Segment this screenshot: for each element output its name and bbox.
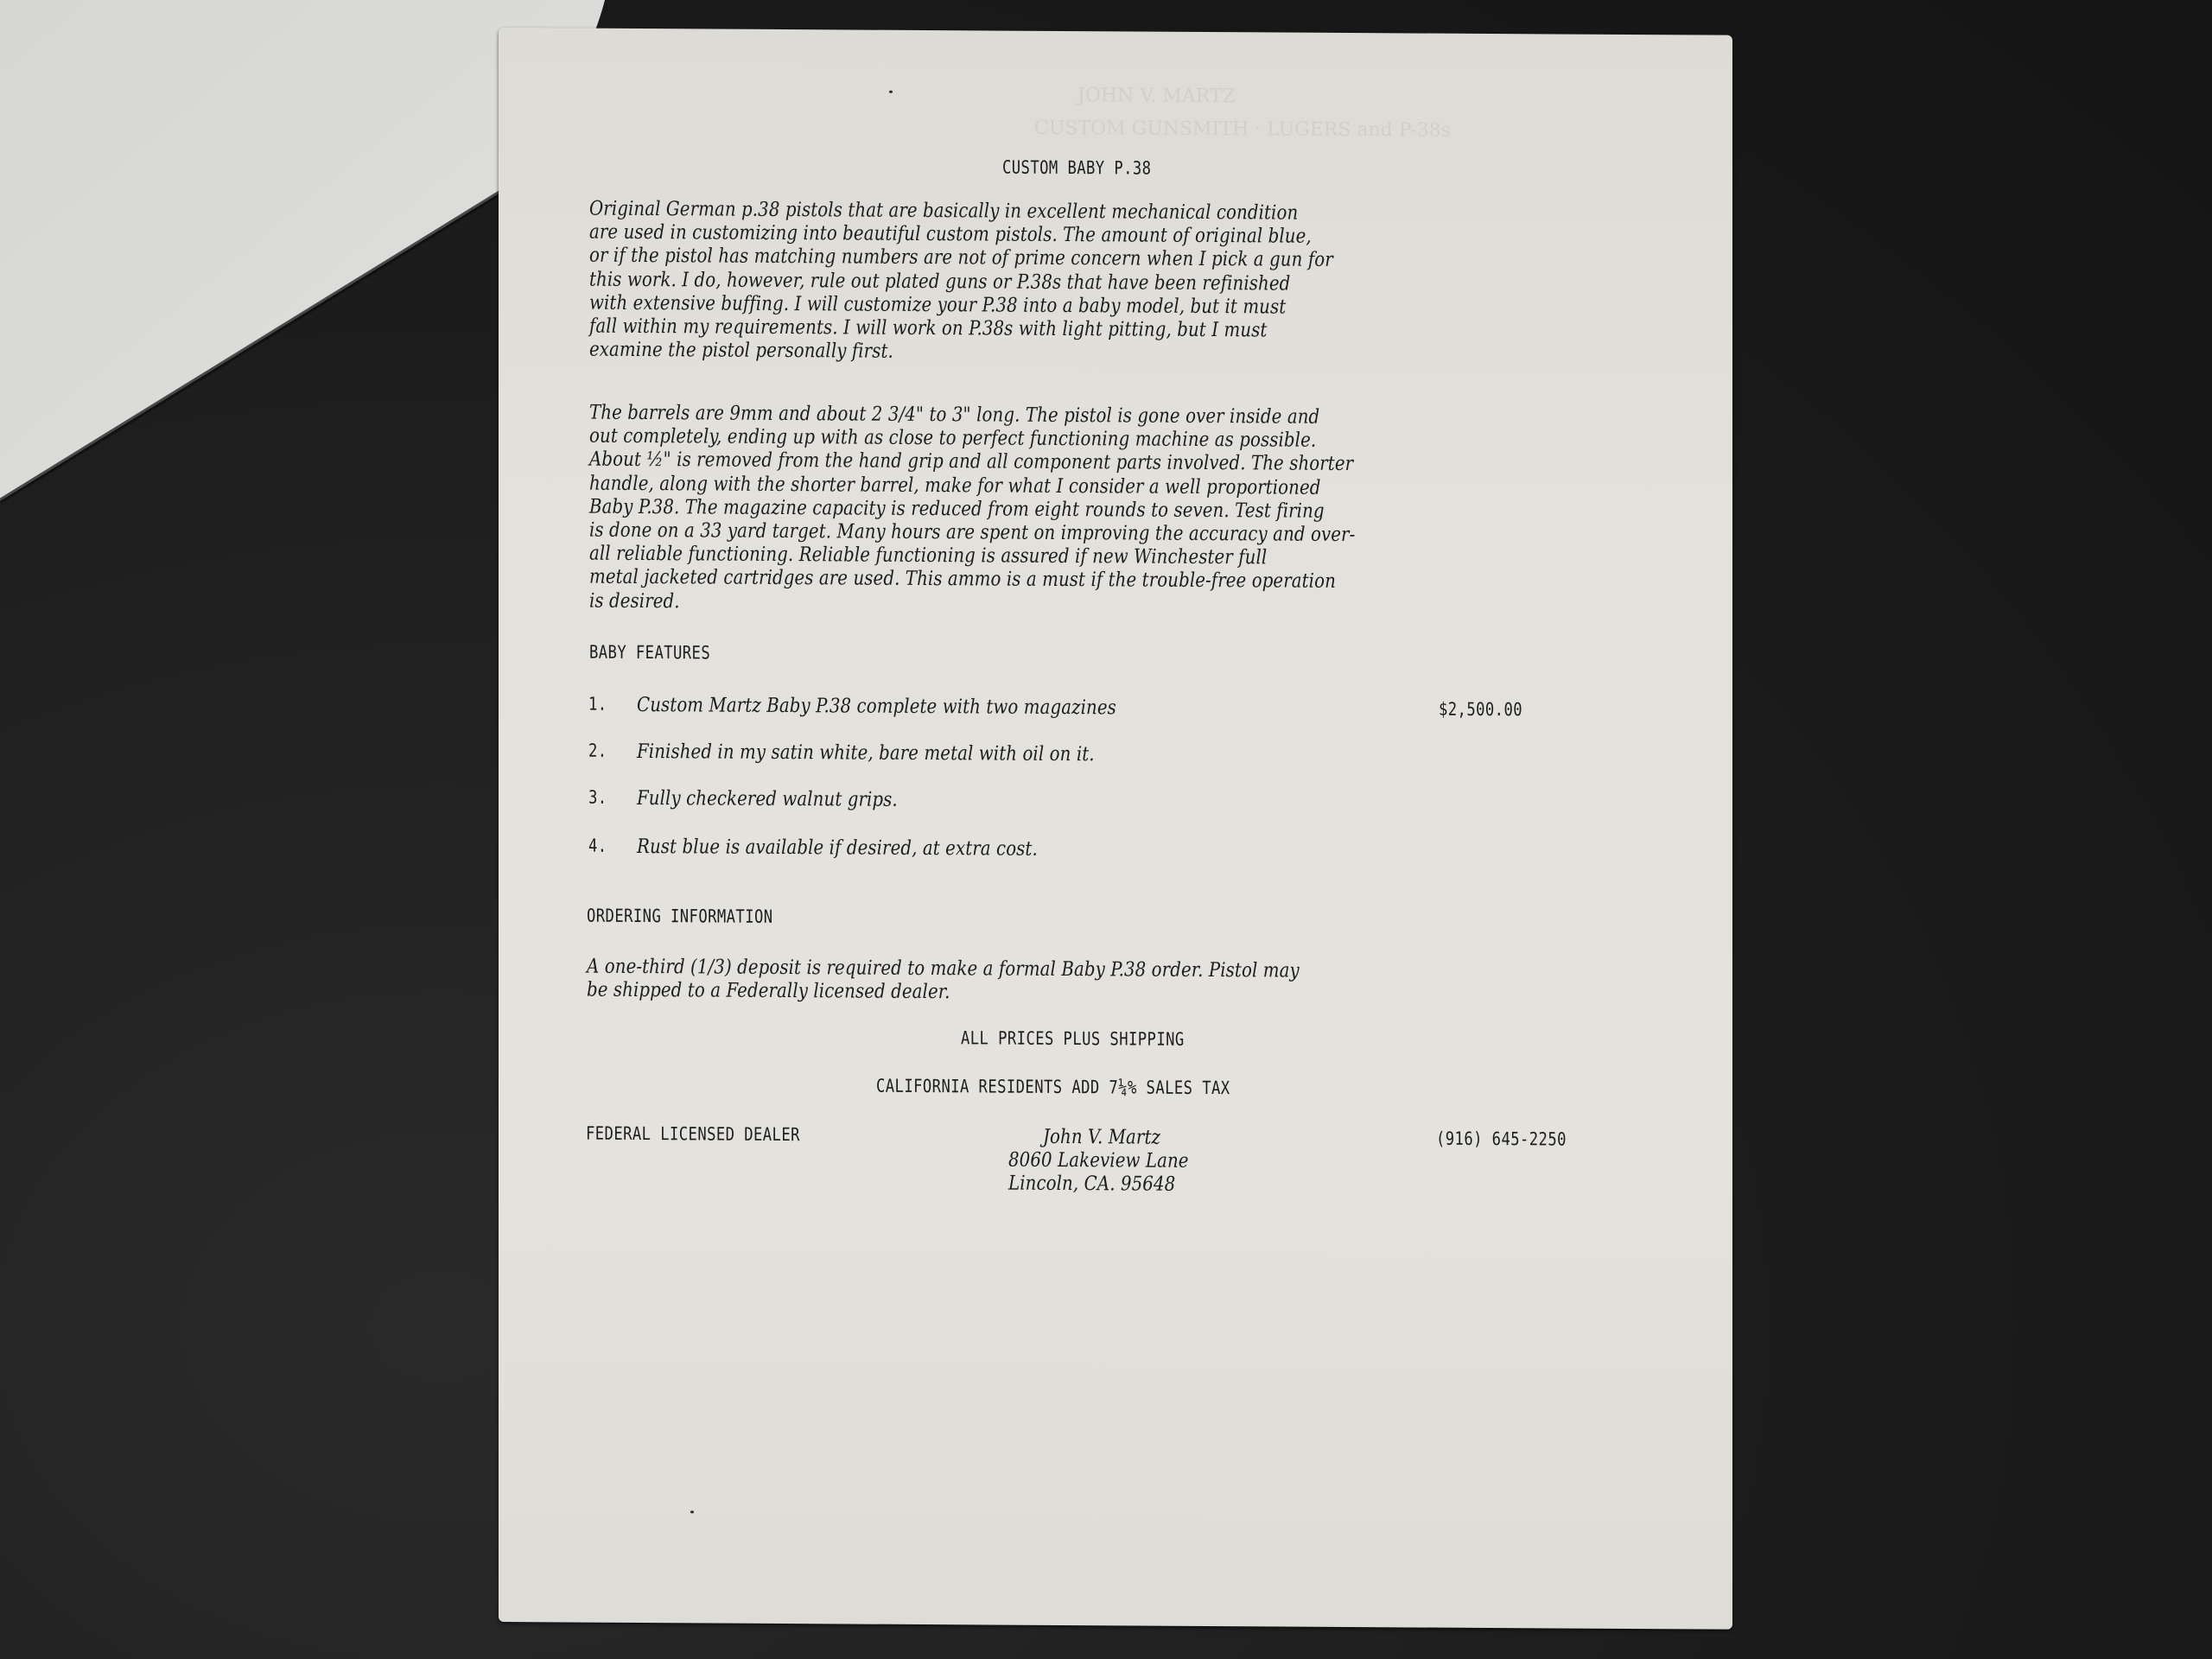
ordering-paragraph: A one-third (1/3) deposit is required to… [587, 956, 1415, 1007]
ordering-heading: ORDERING INFORMATION [587, 906, 773, 927]
paragraph-line: examine the pistol personally first. [589, 339, 1333, 366]
feature-number: 3. [588, 787, 607, 808]
feature-text: Rust blue is available if desired, at ex… [637, 836, 1038, 861]
paragraph-line: be shipped to a Federally licensed deale… [587, 979, 1300, 1007]
document-title: CUSTOM BABY P.38 [1002, 157, 1151, 179]
feature-text: Custom Martz Baby P.38 complete with two… [637, 694, 1116, 719]
feature-price: $2,500.00 [1439, 699, 1522, 721]
intro-paragraph: Original German p.38 pistols that are ba… [589, 198, 1454, 367]
dealer-name: John V. Martz [1043, 1126, 1160, 1149]
feature-number: 2. [588, 741, 607, 761]
dealer-city: Lincoln, CA. 95648 [1008, 1173, 1175, 1196]
dealer-label: FEDERAL LICENSED DEALER [586, 1123, 800, 1146]
tax-note: CALIFORNIA RESIDENTS ADD 7¼% SALES TAX [876, 1076, 1230, 1099]
feature-number: 4. [588, 836, 607, 856]
dealer-phone: (916) 645-2250 [1436, 1128, 1567, 1150]
feature-number: 1. [588, 694, 607, 715]
feature-text: Finished in my satin white, bare metal w… [637, 741, 1095, 766]
paper-speck [690, 1510, 694, 1513]
document-page: JOHN V. MARTZ CUSTOM GUNSMITH · LUGERS a… [499, 28, 1732, 1630]
bleed-through-text: JOHN V. MARTZ [1077, 85, 1236, 107]
paragraph-line: is desired. [589, 589, 1355, 618]
shipping-note: ALL PRICES PLUS SHIPPING [961, 1027, 1185, 1050]
bleed-through-text: CUSTOM GUNSMITH · LUGERS and P-38s [1034, 118, 1451, 142]
features-heading: BABY FEATURES [589, 642, 710, 664]
dealer-street: 8060 Lakeview Lane [1008, 1149, 1189, 1173]
feature-text: Fully checkered walnut grips. [637, 787, 898, 811]
details-paragraph: The barrels are 9mm and about 2 3/4" to … [589, 402, 1480, 619]
paper-speck [889, 91, 893, 93]
